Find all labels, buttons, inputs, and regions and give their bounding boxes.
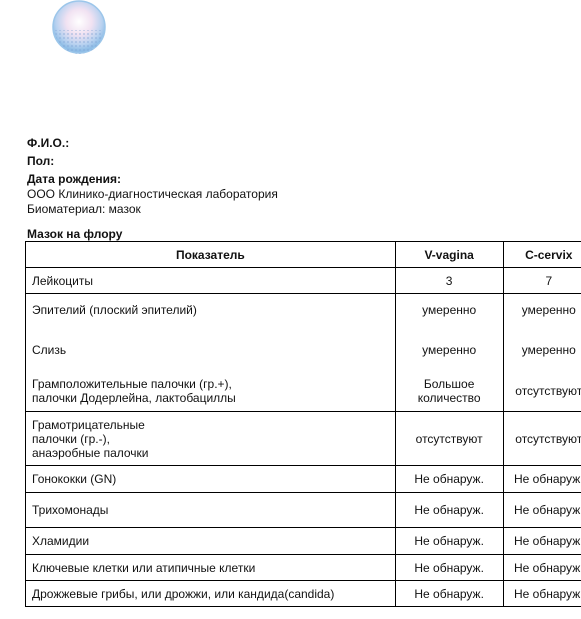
vagina-value: Не обнаруж. bbox=[395, 466, 503, 493]
table-row: Дрожжевые грибы, или дрожжи, или кандида… bbox=[26, 581, 581, 607]
vagina-value: Не обнаруж. bbox=[395, 581, 503, 607]
header-indicator: Показатель bbox=[26, 242, 396, 268]
indicator-name: Лейкоциты bbox=[26, 268, 396, 294]
indicator-name: Дрожжевые грибы, или дрожжи, или кандида… bbox=[26, 581, 396, 607]
vagina-value: умеренно bbox=[402, 295, 497, 325]
fio-label: Ф.И.О.: bbox=[27, 136, 278, 151]
vagina-value-line: количество bbox=[402, 391, 497, 405]
vagina-value: умеренно bbox=[402, 335, 497, 365]
cervix-value: 7 bbox=[503, 268, 581, 294]
header-vagina: V-vagina bbox=[395, 242, 503, 268]
vagina-value: Не обнаруж. bbox=[395, 528, 503, 555]
table-row: Грамотрицательные палочки (гр.-), анаэро… bbox=[26, 412, 581, 466]
header-cervix: C-cervix bbox=[503, 242, 581, 268]
cervix-value: Не обнаруж. bbox=[503, 493, 581, 528]
sex-label: Пол: bbox=[27, 154, 278, 169]
vagina-value: Не обнаруж. bbox=[395, 555, 503, 581]
vagina-value-line: Большое bbox=[402, 377, 497, 391]
patient-info: Ф.И.О.: Пол: Дата рождения: ООО Клинико-… bbox=[27, 136, 278, 217]
indicator-name: Слизь bbox=[32, 335, 389, 365]
lab-name: ООО Клинико-диагностическая лаборатория bbox=[27, 187, 278, 202]
cervix-value: Не обнаруж. bbox=[503, 528, 581, 555]
table-row: Трихомонады Не обнаруж. Не обнаруж. bbox=[26, 493, 581, 528]
indicator-name: Трихомонады bbox=[26, 493, 396, 528]
cervix-value: Не обнаруж. bbox=[503, 555, 581, 581]
vagina-value: 3 bbox=[395, 268, 503, 294]
biomaterial: Биоматериал: мазок bbox=[27, 202, 278, 217]
cervix-value: Не обнаруж. bbox=[503, 581, 581, 607]
indicator-name: Ключевые клетки или атипичные клетки bbox=[26, 555, 396, 581]
indicator-name-line: Грамположительные палочки (гр.+), bbox=[32, 377, 389, 391]
indicator-name-line: анаэробные палочки bbox=[32, 446, 389, 460]
indicator-name-line: Грамотрицательные bbox=[32, 418, 389, 432]
table-row: Лейкоциты 3 7 bbox=[26, 268, 581, 294]
cervix-value: умеренно bbox=[510, 295, 581, 325]
vagina-value: отсутствуют bbox=[395, 412, 503, 466]
indicator-name-line: палочки (гр.-), bbox=[32, 432, 389, 446]
table-row: Ключевые клетки или атипичные клетки Не … bbox=[26, 555, 581, 581]
vagina-value: Не обнаруж. bbox=[395, 493, 503, 528]
section-title: Мазок на флору bbox=[27, 227, 122, 241]
cervix-value: Не обнаруж. bbox=[503, 466, 581, 493]
table-row: Гонококки (GN) Не обнаруж. Не обнаруж. bbox=[26, 466, 581, 493]
indicator-name-line: палочки Додерлейна, лактобациллы bbox=[32, 391, 389, 405]
table-header-row: Показатель V-vagina C-cervix bbox=[26, 242, 581, 268]
indicator-name: Хламидии bbox=[26, 528, 396, 555]
flora-results-table: Показатель V-vagina C-cervix Лейкоциты 3… bbox=[25, 241, 581, 607]
table-row: Хламидии Не обнаруж. Не обнаруж. bbox=[26, 528, 581, 555]
indicator-name: Гонококки (GN) bbox=[26, 466, 396, 493]
table-row-group: Эпителий (плоский эпителий) Слизь Грампо… bbox=[26, 294, 581, 412]
lab-logo-sphere-icon bbox=[50, 0, 108, 55]
cervix-value: умеренно bbox=[510, 335, 581, 365]
cervix-value: отсутствуют bbox=[503, 412, 581, 466]
cervix-value: отсутствуют bbox=[510, 377, 581, 405]
dob-label: Дата рождения: bbox=[27, 172, 278, 187]
indicator-name: Эпителий (плоский эпителий) bbox=[32, 295, 389, 325]
